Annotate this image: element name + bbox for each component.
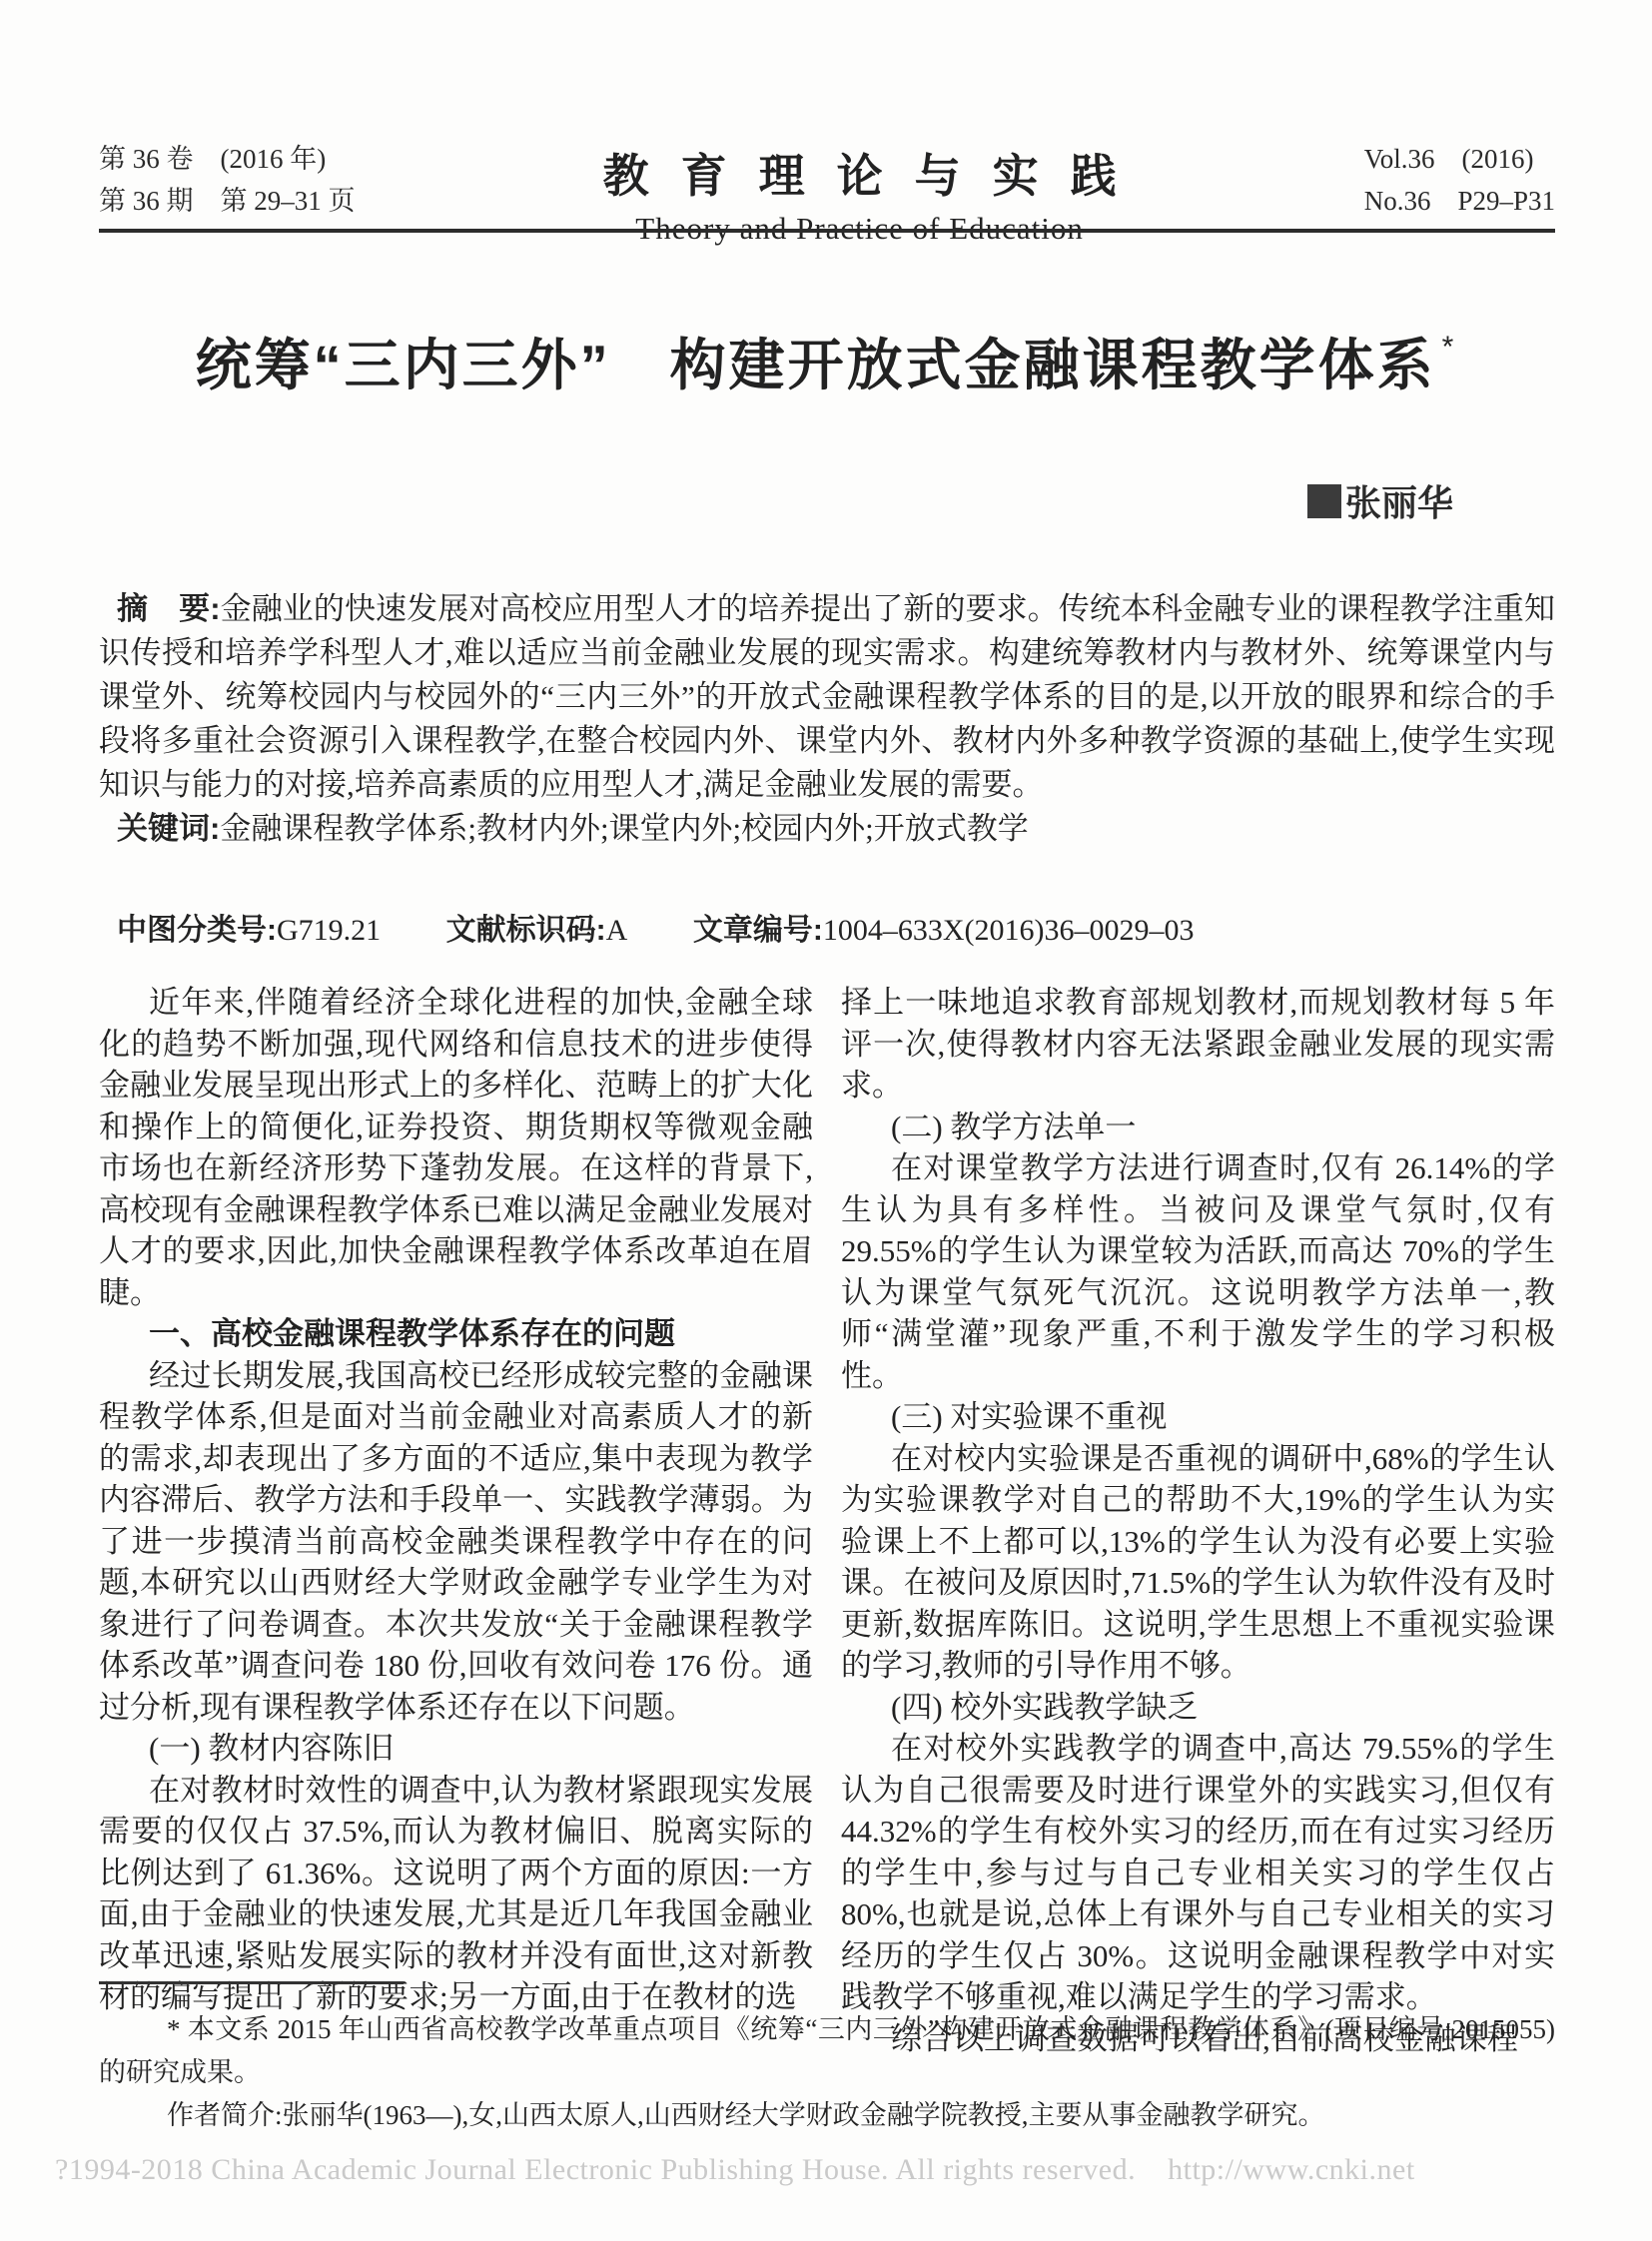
volume-info-right: Vol.36 (2016) No.36 P29–P31 (1364, 138, 1555, 222)
paragraph: 经过长期发展,我国高校已经形成较完整的金融课程教学体系,但是面对当前金融业对高素… (99, 1355, 813, 1729)
abstract-block: 摘 要:金融业的快速发展对高校应用型人才的培养提出了新的要求。传统本科金融专业的… (99, 587, 1555, 851)
abstract-label: 摘 要: (117, 591, 221, 626)
footnote-project: * 本文系 2015 年山西省高校教学改革重点项目《统筹“三内三外”构建开放式金… (99, 2008, 1555, 2094)
classification-meta-line: 中图分类号:G719.21 文献标识码:A 文章编号:1004–633X(201… (99, 905, 1555, 949)
article-title-text: 统筹“三内三外” 构建开放式金融课程教学体系 (196, 334, 1436, 396)
author-line: 张丽华 (99, 475, 1555, 526)
title-footnote-asterisk: * (1442, 331, 1457, 364)
author-marker-square-icon (1307, 484, 1341, 518)
volume-info-left: 第 36 卷 (2016 年) 第 36 期 第 29–31 页 (99, 138, 356, 222)
article-id-label: 文章编号: (693, 914, 823, 947)
clc-label: 中图分类号: (117, 914, 277, 947)
paragraph: 在对校内实验课是否重视的调研中,68%的学生认为实验课教学对自己的帮助不大,19… (841, 1438, 1555, 1687)
vol-line: Vol.36 (2016) (1364, 138, 1555, 180)
footnote-divider-rule (99, 1981, 404, 1984)
issue-pages-line: 第 36 期 第 29–31 页 (99, 180, 356, 222)
journal-title-chinese: 教育理论与实践 (603, 140, 1149, 206)
left-column: 近年来,伴随着经济全球化进程的加快,金融全球化的趋势不断加强,现代网络和信息技术… (99, 982, 813, 2059)
article-id-value: 1004–633X(2016)36–0029–03 (823, 914, 1195, 947)
page-title: 统筹“三内三外” 构建开放式金融课程教学体系* (0, 322, 1652, 401)
volume-line: 第 36 卷 (2016 年) (99, 138, 356, 180)
keywords-label: 关键词: (117, 811, 220, 846)
footnote-block: * 本文系 2015 年山西省高校教学改革重点项目《统筹“三内三外”构建开放式金… (99, 1981, 1555, 2137)
right-column: 择上一味地追求教育部规划教材,而规划教材每 5 年评一次,使得教材内容无法紧跟金… (841, 982, 1555, 2059)
doc-code-label: 文献标识码: (446, 914, 606, 947)
abstract-paragraph: 摘 要:金融业的快速发展对高校应用型人才的培养提出了新的要求。传统本科金融专业的… (99, 587, 1555, 807)
clc-value: G719.21 (277, 914, 381, 947)
header-divider-rule (99, 229, 1555, 233)
no-pages-line: No.36 P29–P31 (1364, 180, 1555, 222)
keywords-text: 金融课程教学体系;教材内外;课堂内外;校园内外;开放式教学 (220, 811, 1028, 846)
section-heading: 一、高校金融课程教学体系存在的问题 (99, 1313, 813, 1355)
paragraph: 在对课堂教学方法进行调查时,仅有 26.14%的学生认为具有多样性。当被问及课堂… (841, 1147, 1555, 1396)
paragraph: 在对校外实践教学的调查中,高达 79.55%的学生认为自己很需要及时进行课堂外的… (841, 1728, 1555, 2018)
paragraph-continuation: 择上一味地追求教育部规划教材,而规划教材每 5 年评一次,使得教材内容无法紧跟金… (841, 982, 1555, 1107)
subsection-heading: (三) 对实验课不重视 (841, 1396, 1555, 1438)
doc-code-value: A (606, 914, 628, 947)
scanned-paper-page: { "header": { "left_line1": "第 36 卷 (201… (0, 0, 1652, 2241)
cnki-watermark: ?1994-2018 China Academic Journal Electr… (55, 2153, 1415, 2187)
footnote-author-bio: 作者简介:张丽华(1963—),女,山西太原人,山西财经大学财政金融学院教授,主… (99, 2094, 1555, 2137)
subsection-heading: (一) 教材内容陈旧 (99, 1728, 813, 1770)
author-name: 张丽华 (1345, 482, 1453, 523)
subsection-heading: (二) 教学方法单一 (841, 1107, 1555, 1148)
article-body-columns: 近年来,伴随着经济全球化进程的加快,金融全球化的趋势不断加强,现代网络和信息技术… (99, 982, 1555, 2059)
subsection-heading: (四) 校外实践教学缺乏 (841, 1687, 1555, 1729)
paragraph: 近年来,伴随着经济全球化进程的加快,金融全球化的趋势不断加强,现代网络和信息技术… (99, 982, 813, 1313)
abstract-text: 金融业的快速发展对高校应用型人才的培养提出了新的要求。传统本科金融专业的课程教学… (99, 591, 1555, 802)
keywords-line: 关键词:金融课程教学体系;教材内外;课堂内外;校园内外;开放式教学 (99, 807, 1555, 851)
